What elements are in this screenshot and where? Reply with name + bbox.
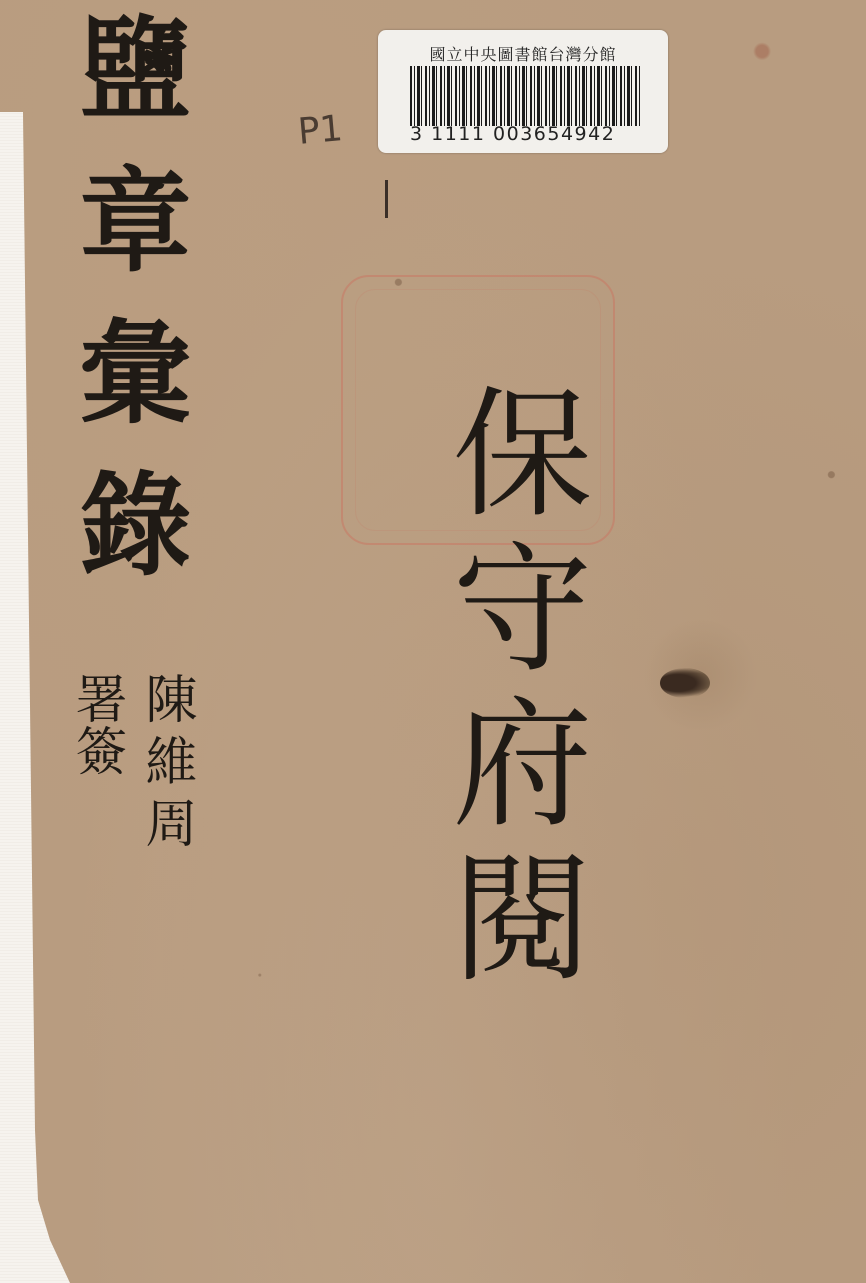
ink-stain xyxy=(660,668,710,698)
author-name: 陳維周 xyxy=(140,672,192,858)
barcode-icon xyxy=(410,66,642,126)
handwritten-inscription: 保守府閱 xyxy=(440,380,580,1000)
pencil-tick-mark xyxy=(385,180,388,218)
barcode-number: 3 1111 003654942 xyxy=(410,123,615,145)
signature-note: 署簽 xyxy=(70,672,122,776)
library-barcode-label: 國立中央圖書館台灣分館 3 1111 003654942 xyxy=(378,30,668,153)
book-title: 鹽章彙錄 xyxy=(70,10,182,618)
pencil-shelf-mark: P1 xyxy=(296,108,344,153)
library-name: 國立中央圖書館台灣分館 xyxy=(378,42,668,65)
